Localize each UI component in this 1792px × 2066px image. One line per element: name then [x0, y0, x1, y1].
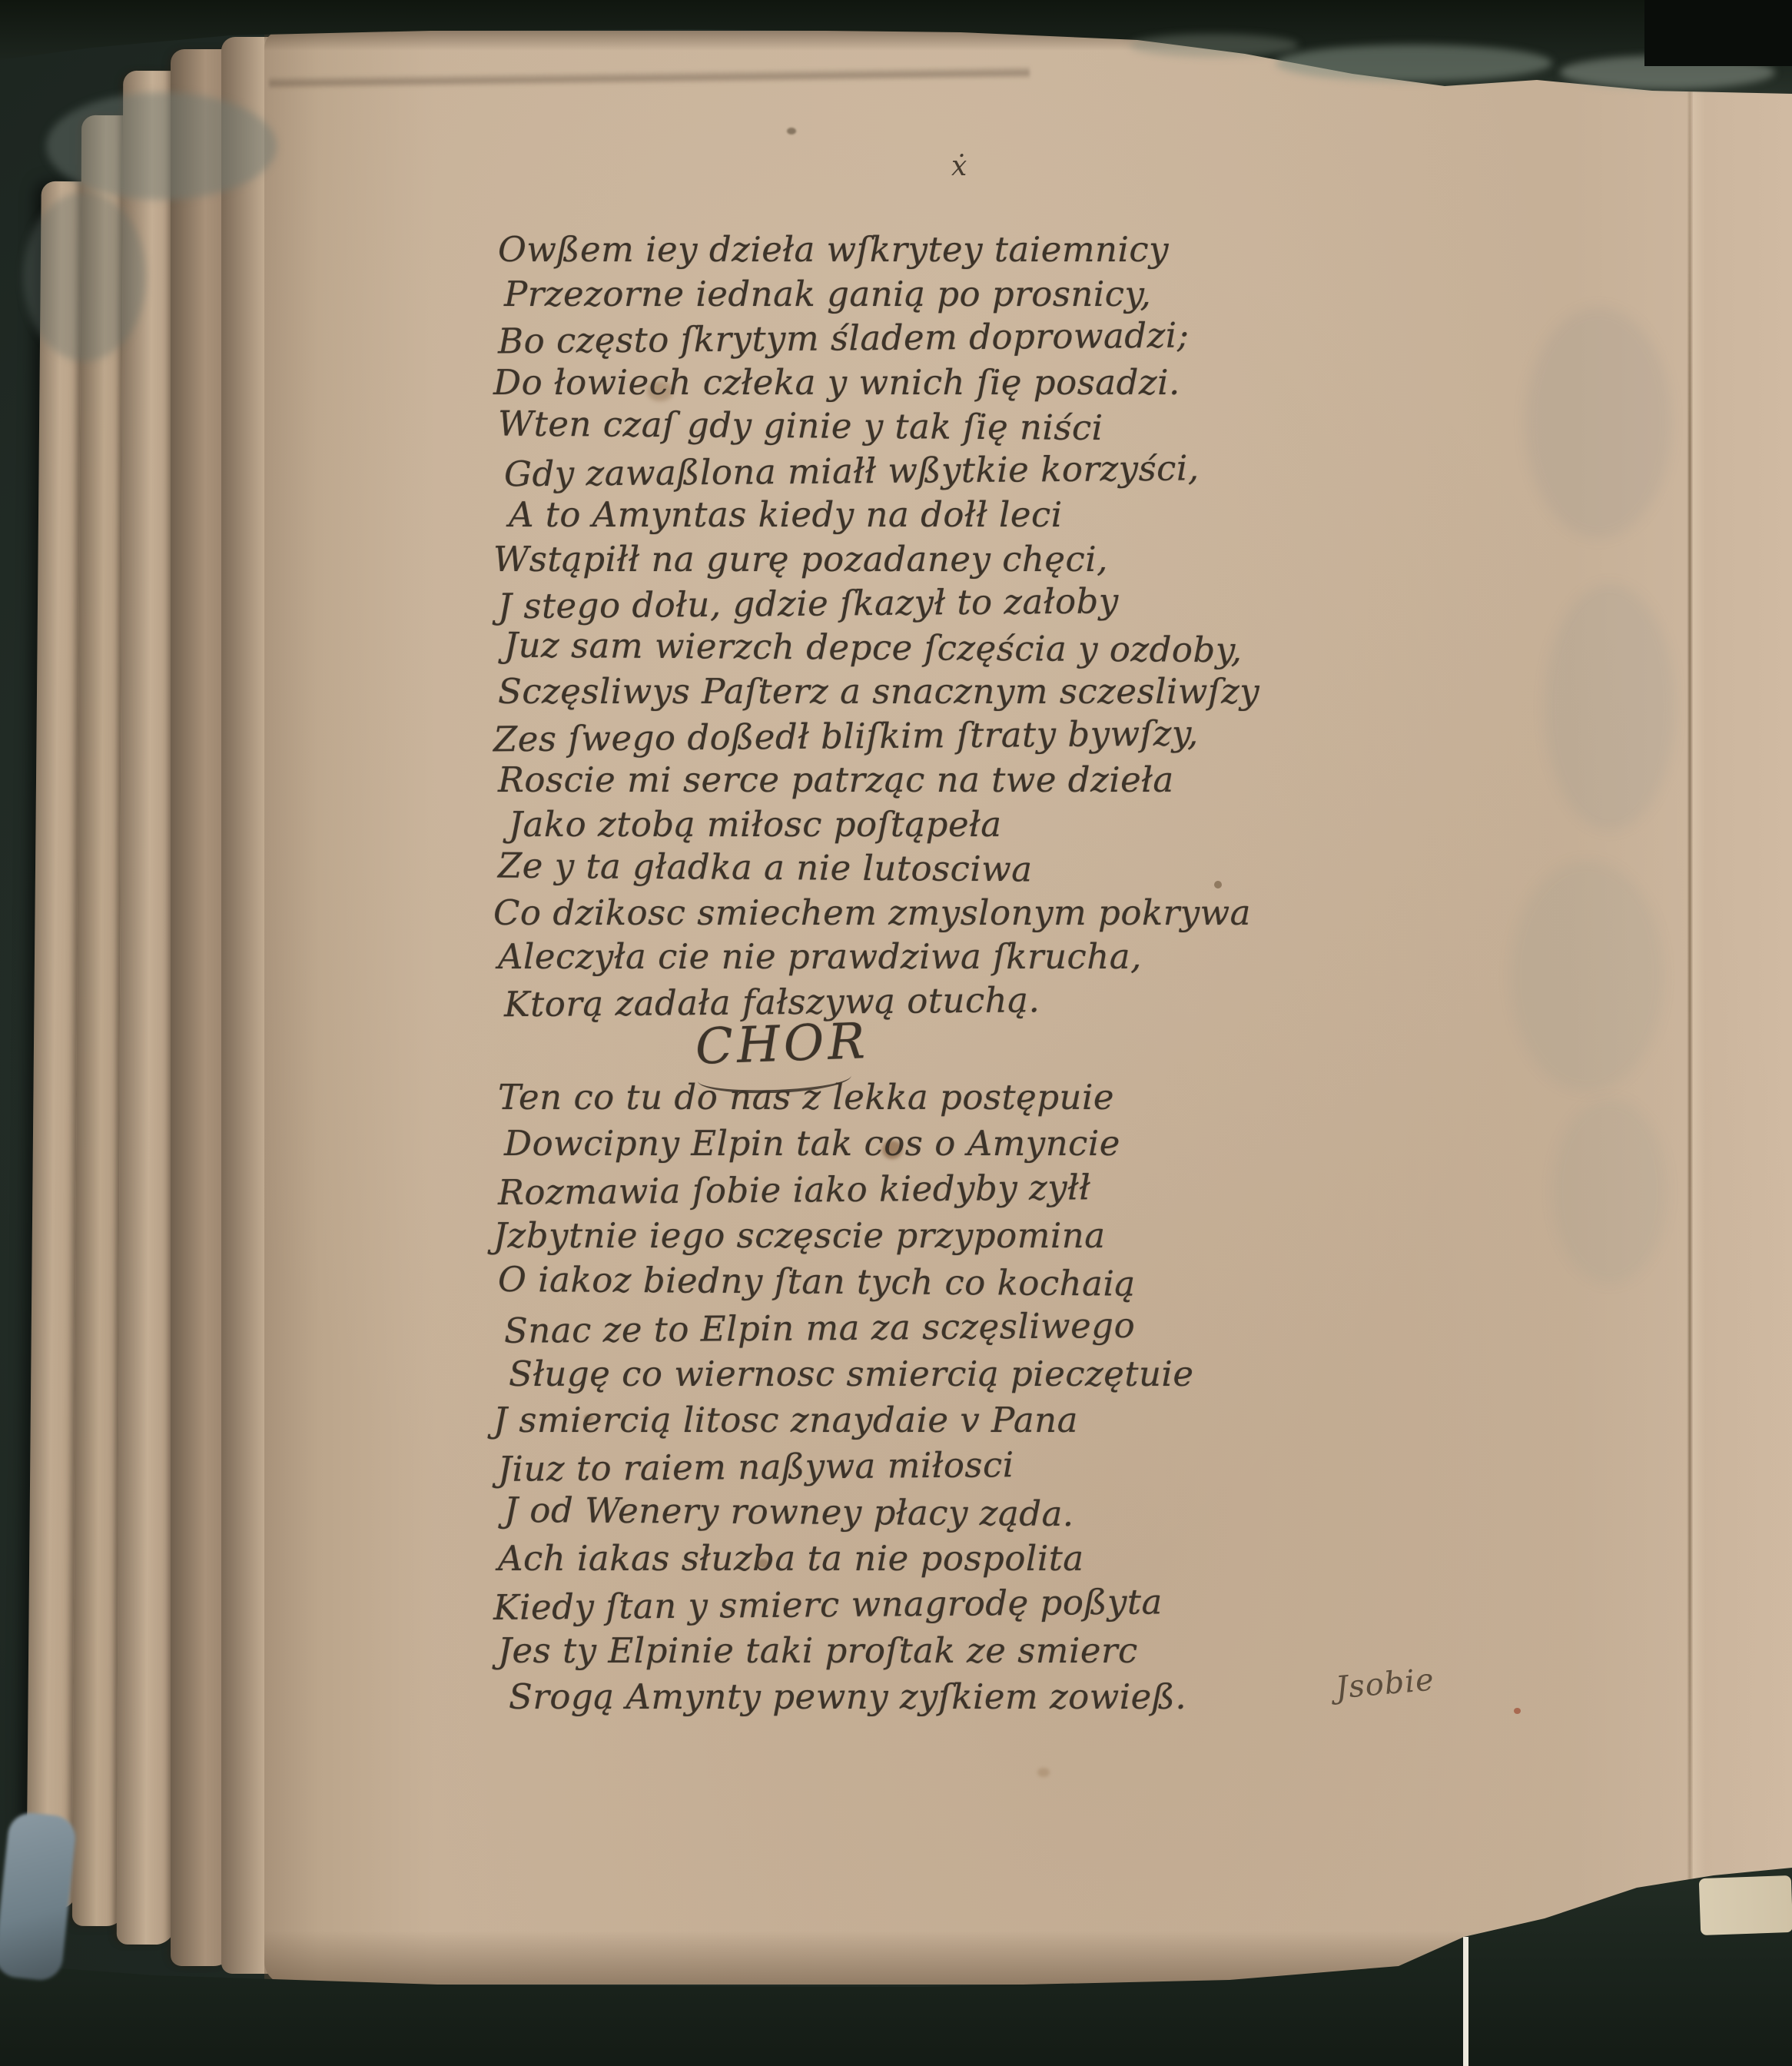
ink-showthrough: [1510, 861, 1664, 1091]
foxing-stain: [1037, 1768, 1050, 1777]
foxing-stain: [1514, 1708, 1521, 1714]
verse-stanza-1: Owßem iey dzieła wſkrytey taiemnicyPrzez…: [498, 228, 1259, 1023]
verse-line: Zes ſwego doßedł bliſkim ſtraty bywſzy,: [493, 710, 1260, 761]
gutter-crease-line: [1688, 69, 1691, 1956]
binding-fray: [23, 192, 146, 361]
verse-line: Do łowiech człeka y wnich ſię posadzi.: [493, 360, 1259, 405]
verse-line: Aleczyła cie nie prawdziwa ſkrucha,: [498, 935, 1259, 979]
verse-line: Jako ztobą miłosc poſtąpeła: [509, 802, 1259, 847]
verse-line: Sługę co wiernosc smiercią pieczętuie: [509, 1351, 1193, 1397]
foxing-stain: [787, 128, 796, 135]
verse-line: Rozmawia ſobie iako kiedyby zyłł: [498, 1164, 1194, 1216]
verse-line: J od Wenery rowney płacy ząda.: [504, 1487, 1194, 1538]
ink-showthrough: [1525, 307, 1671, 538]
verse-line: Ze y ta gładka a nie lutosciwa: [498, 844, 1260, 893]
verse-line: Sczęsliwys Paſterz a snacznym sczesliwſz…: [498, 669, 1259, 714]
verse-line: Przezorne iednak ganią po prosnicy,: [504, 272, 1259, 317]
verse-line: Wstąpiłł na gurę pozadaney chęci,: [493, 537, 1259, 582]
verse-line: Juz sam wierzch depce ſczęścia y ozdoby,: [504, 623, 1260, 672]
verse-line: Wten czaſ gdy ginie y tak ſię niści: [498, 402, 1260, 451]
verse-line: J smiercią litosc znaydaie v Pana: [493, 1397, 1193, 1443]
verse-line: Jes ty Elpinie taki proſtak ze smierc: [498, 1628, 1193, 1674]
ink-showthrough: [1552, 1099, 1668, 1284]
folio-mark: ẋ: [951, 151, 967, 182]
verse-line: A to Amyntas kiedy na dołł leci: [509, 493, 1259, 537]
verse-line: Gdy zawaßlona miałł wßytkie korzyści,: [504, 445, 1260, 496]
binding-fray: [1276, 45, 1552, 81]
blue-paper-fragment: [0, 1811, 78, 1982]
cover-corner-top-right: [1644, 0, 1792, 66]
chorus-heading: CHOR: [695, 1013, 870, 1076]
verse-line: Ach iakas słuzba ta nie pospolita: [498, 1536, 1193, 1582]
verse-stanza-2: Ten co tu do nas z lekka postępuieDowcip…: [498, 1075, 1193, 1720]
verse-line: Srogą Amynty pewny zyſkiem zowieß.: [509, 1674, 1193, 1720]
verse-line: Owßem iey dzieła wſkrytey taiemnicy: [498, 228, 1259, 272]
verse-line: J stego dołu, gdzie ſkazył to załoby: [498, 578, 1260, 629]
page-edge-sliver: [1463, 1937, 1468, 2066]
verse-line: Ktorą zadała fałszywą otuchą.: [504, 975, 1260, 1026]
gutter-highlight: [1693, 69, 1705, 1956]
verse-line: Bo często ſkrytym śladem doprowadzi;: [498, 313, 1260, 364]
verse-line: Snac ze to Elpin ma za sczęsliwego: [504, 1302, 1194, 1354]
endpaper-strip: [1699, 1875, 1792, 1935]
verse-line: Jiuz to raiem naßywa miłosci: [498, 1440, 1194, 1493]
ink-showthrough: [1545, 584, 1675, 830]
verse-line: Roscie mi serce patrząc na twe dzieła: [498, 758, 1259, 802]
binding-fray: [46, 92, 277, 200]
verse-line: Kiedy ſtan y smierc wnagrodę poßyta: [493, 1579, 1194, 1631]
verse-line: Jzbytnie iego sczęscie przypomina: [493, 1213, 1193, 1259]
verse-line: Co dzikosc smiechem zmyslonym pokrywa: [493, 891, 1259, 935]
verse-line: Dowcipny Elpin tak cos o Amyncie: [504, 1121, 1193, 1167]
photograph-background: ẋ Owßem iey dzieła wſkrytey taiemnicyPrz…: [0, 0, 1792, 2066]
binding-fray: [1130, 34, 1299, 57]
verse-line: Ten co tu do nas z lekka postępuie: [498, 1075, 1193, 1121]
verse-line: O iakoz biedny ſtan tych co kochaią: [498, 1257, 1194, 1307]
